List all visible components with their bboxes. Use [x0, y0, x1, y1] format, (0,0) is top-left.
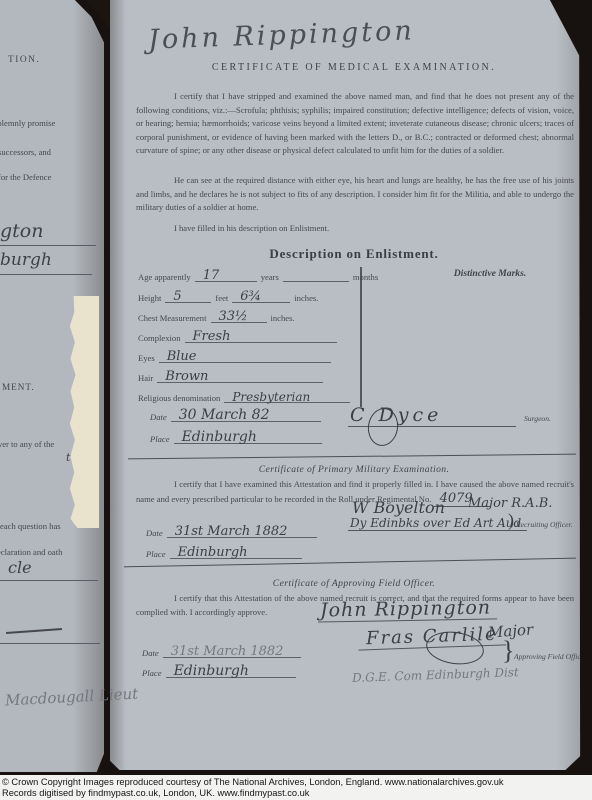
scanned-photo-background: TION. solemnly promise successors, and f… — [0, 0, 592, 775]
approving-date-row: Date 31st March 1882 — [142, 644, 301, 658]
approving-heading: Certificate of Approving Field Officer. — [136, 578, 572, 589]
brace-glyph-2: } — [502, 636, 514, 666]
field-officer-signature-2: D.G.E. Com Edinburgh Dist — [352, 665, 519, 685]
field-complexion: Complexion Fresh — [138, 329, 337, 343]
complexion-label: Complexion — [138, 333, 181, 343]
left-handwriting-mark: t — [66, 451, 70, 464]
certify-paragraph: I certify that I have stripped and exami… — [136, 90, 574, 158]
left-fragment-question: each question has — [0, 521, 61, 531]
medexam-date-row: Date 30 March 82 — [150, 408, 321, 422]
date-value: 30 March 82 — [179, 407, 270, 423]
religion-label: Religious denomination — [138, 393, 220, 403]
primary-exam-heading: Certificate of Primary Military Examinat… — [136, 464, 572, 475]
left-handwriting-burgh: burgh — [0, 250, 52, 270]
eyes-value: Blue — [167, 349, 197, 364]
main-document-page: John Rippington CERTIFICATE OF MEDICAL E… — [110, 0, 582, 770]
age-years-label: years — [261, 272, 279, 282]
place-value: Edinburgh — [174, 663, 249, 679]
date-label: Date — [142, 648, 159, 658]
field-age: Age apparently 17 years months — [138, 268, 378, 282]
approving-officer-label: Approving Field Officer. — [514, 652, 588, 661]
surgeon-label: Surgeon. — [524, 414, 551, 423]
left-fragment-ment: MENT. — [2, 382, 35, 392]
religion-value: Presbyterian — [232, 390, 310, 404]
height-label: Height — [138, 293, 161, 303]
medexam-place-row: Place Edinburgh — [150, 430, 322, 444]
place-label: Place — [150, 434, 170, 444]
height-feet-value: 5 — [173, 289, 181, 304]
primary-date-row: Date 31st March 1882 — [146, 524, 317, 538]
left-handwriting-cle: cle — [8, 558, 32, 577]
field-chest: Chest Measurement 33½ inches. — [138, 309, 295, 323]
recruiting-officer-label: Recruiting Officer. — [516, 520, 573, 529]
section-rule-1 — [128, 454, 576, 460]
age-label: Age apparently — [138, 272, 191, 282]
left-fragment-attestation: TION. — [8, 55, 40, 65]
height-inches-value: 6¾ — [240, 289, 261, 304]
field-religion: Religious denomination Presbyterian — [138, 389, 350, 403]
date-value: 31st March 1882 — [171, 644, 284, 659]
left-fragment-promise: solemnly promise — [0, 118, 55, 128]
left-handwriting-gton: gton — [0, 220, 43, 242]
copyright-line-1: © Crown Copyright Images reproduced cour… — [0, 777, 592, 788]
distinctive-marks-label: Distinctive Marks. — [410, 268, 570, 279]
recruiting-signature: W Boyelton — [352, 498, 445, 517]
document-title: CERTIFICATE OF MEDICAL EXAMINATION. — [136, 62, 572, 73]
age-value: 17 — [203, 268, 220, 283]
copyright-line-2: Records digitised by findmypast.co.uk, L… — [0, 788, 592, 799]
hair-value: Brown — [165, 369, 208, 384]
approving-place-row: Place Edinburgh — [142, 664, 296, 678]
date-label: Date — [150, 412, 167, 422]
column-divider — [360, 267, 362, 407]
filled-description-line: I have filled in his description on Enli… — [136, 222, 574, 236]
hair-label: Hair — [138, 373, 153, 383]
approve-signature: John Rippington — [318, 596, 497, 622]
left-fragment-answer: wer to any of the — [0, 439, 54, 449]
date-label: Date — [146, 528, 163, 538]
left-fragment-oath: eclaration and oath — [0, 547, 62, 557]
eyesight-paragraph: He can see at the required distance with… — [136, 174, 574, 215]
left-fragment-successors: successors, and — [0, 147, 51, 157]
field-height: Height 5 feet 6¾ inches. — [138, 289, 318, 303]
brace-glyph: ) — [508, 510, 514, 531]
place-value: Edinburgh — [178, 545, 248, 560]
height-feet-label: feet — [215, 293, 228, 303]
date-value: 31st March 1882 — [175, 524, 288, 539]
enlistment-heading: Description on Enlistment. — [136, 246, 572, 262]
primary-place-row: Place Edinburgh — [146, 545, 302, 559]
chest-value: 33½ — [219, 309, 248, 324]
height-inches-label: inches. — [294, 293, 318, 303]
pen-stroke — [6, 628, 62, 633]
place-label: Place — [146, 549, 166, 559]
field-hair: Hair Brown — [138, 369, 323, 383]
age-months-label: months — [353, 272, 378, 282]
recruiting-signature-2: Dy Edinbks over Ed Art Aud — [348, 516, 527, 531]
copyright-bar: © Crown Copyright Images reproduced cour… — [0, 775, 592, 800]
left-fragment-defence: for the Defence — [0, 172, 51, 182]
chest-label: Chest Measurement — [138, 313, 207, 323]
recruiting-rank: Major R.A.B. — [468, 496, 552, 511]
complexion-value: Fresh — [193, 329, 231, 344]
eyes-label: Eyes — [138, 353, 155, 363]
field-eyes: Eyes Blue — [138, 349, 331, 363]
place-value: Edinburgh — [182, 429, 257, 445]
chest-inches-label: inches. — [271, 313, 295, 323]
place-label: Place — [142, 668, 162, 678]
handwritten-name-top: John Rippington — [148, 15, 416, 55]
